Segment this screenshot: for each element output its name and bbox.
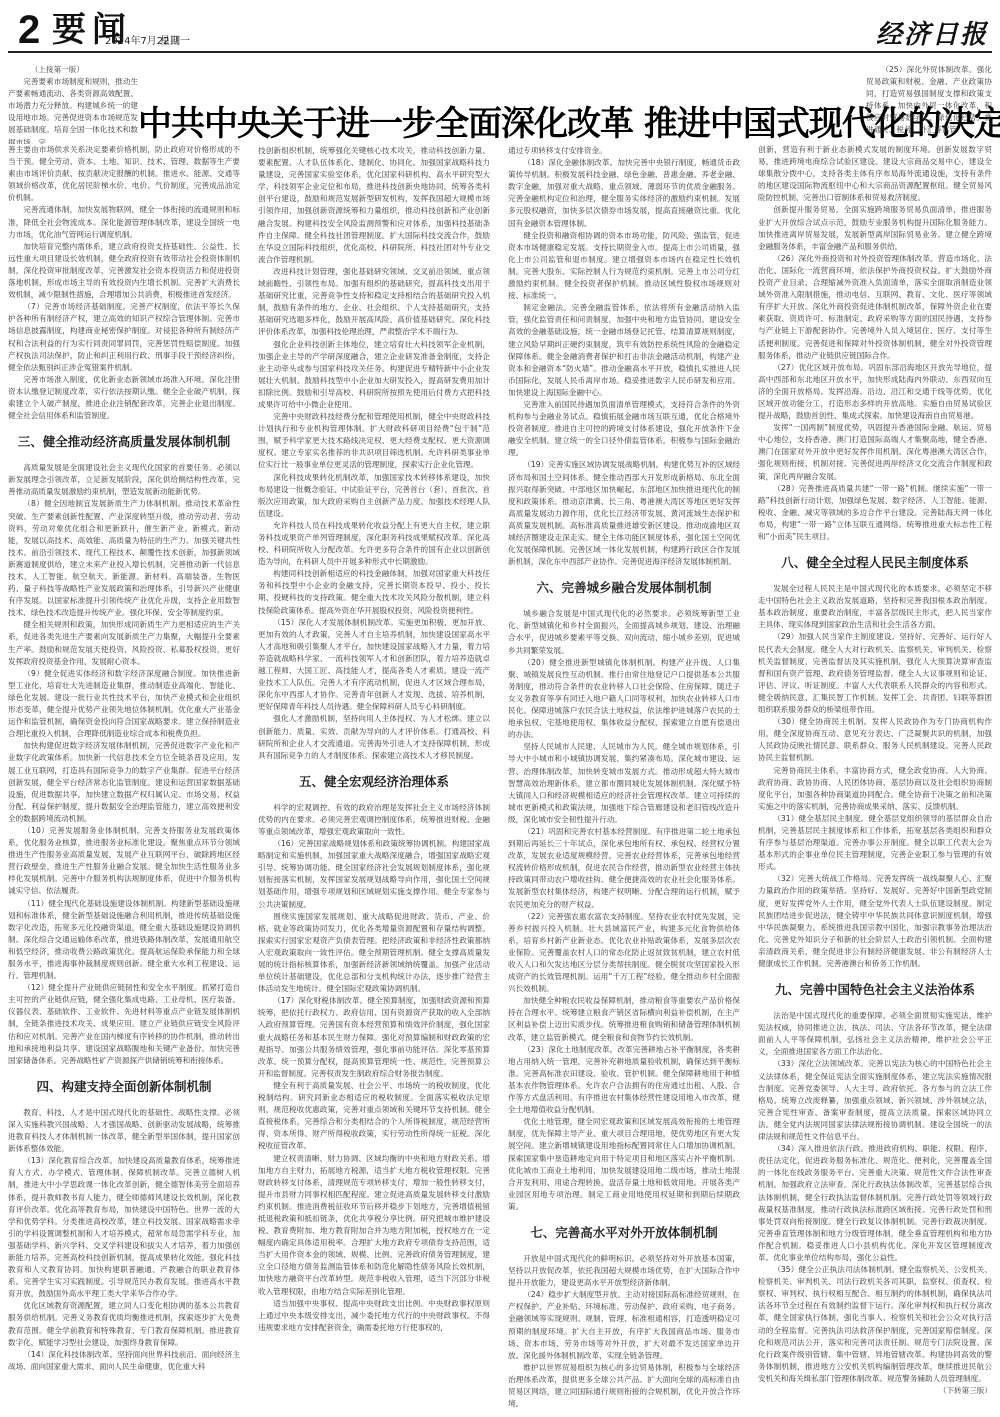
paragraph: 维护以世界贸易组织为核心的多边贸易体制，积极参与全球经济治理体系改革，提供更多全… [508, 1362, 740, 1410]
paragraph: （24）稳步扩大制度型开放。主动对接国际高标准经贸规则，在产权保护、产业补贴、环… [508, 1289, 740, 1362]
paragraph: 优化土地管理，健全同宏观政策和区域发展高效衔接的土地管理制度，优先保障主导产业、… [508, 1116, 740, 1213]
section-heading: 八、健全全过程人民民主制度体系 [758, 555, 992, 571]
paragraph: 科学的宏观调控、有效的政府治理是发挥社会主义市场经济体制优势的内在要求。必须完善… [258, 802, 490, 838]
paragraph: 完善准入前国民待遇加负面清单管理模式，支持符合条件的外资机构参与金融业务试点。稳… [508, 399, 740, 459]
paragraph: 完善要素市场制度和规则，推动生产要素畅通流动、各类资源高效配置、市场潜力充分释放… [8, 76, 138, 144]
article-headline: 中共中央关于进一步全面深化改革 推进中国式现代化的决定 [138, 101, 864, 147]
paragraph: （32）完善大统战工作格局。完善发挥统一战线凝聚人心、汇聚力量政治作用的政策举措… [758, 873, 992, 970]
paragraph: 健全投资和融资相协调的资本市场功能，防风险、强监管，促进资本市场健康稳定发展。支… [508, 230, 740, 303]
paragraph: 强化人才激励机制，坚持向用人主体授权、为人才松绑。建立以创新能力、质量、实效、贡… [258, 713, 490, 761]
paragraph: 完善流通体制，加快发展物联网，健全一体衔接的流通规则和标准，降低全社会物流成本。… [8, 204, 240, 240]
paragraph: （21）巩固和完善农村基本经营制度。有序推进第二轮土地承包到期后再延长三十年试点… [508, 826, 740, 911]
paragraph: 完善中央财政科技经费分配和管理使用机制，健全中央财政科技计划执行和专业机构管理体… [258, 411, 490, 471]
section-heading: 六、完善城乡融合发展体制机制 [508, 580, 740, 596]
section-heading: 三、健全推动经济高质量发展体制机制 [8, 434, 240, 450]
paragraph: （22）完善强农惠农富农支持制度。坚持农业农村优先发展，完善乡村振兴投入机制。壮… [508, 911, 740, 996]
paragraph: 善主要由市场供求关系决定要素价格机制，防止政府对价格形成的不当干预。健全劳动、资… [8, 144, 240, 204]
paragraph: （35）健全公正执法司法体制机制。健全监察机关、公安机关、检察机关、审判机关、司… [758, 1264, 992, 1385]
paragraph: （25）深化外贸体制改革。强化贸易政策和财税、金融、产业政策协同，打造贸易强国制… [866, 64, 992, 137]
paragraph: 技创新组织机制，统筹强化关键核心技术攻关，推动科技创新力量、要素配置、人才队伍体… [258, 145, 490, 266]
paragraph: 城乡融合发展是中国式现代化的必然要求。必须统筹新型工业化、新型城镇化和乡村全面振… [508, 608, 740, 656]
paragraph: （11）健全现代化基础设施建设体制机制。构建新型基础设施规划和标准体系，健全新型… [8, 898, 240, 983]
paragraph: 允许科技人员在科技成果转化收益分配上有更大自主权，建立职务科技成果资产单列管理制… [258, 520, 490, 568]
paragraph: 高质量发展是全面建设社会主义现代化国家的首要任务。必须以新发展理念引领改革，立足… [8, 462, 240, 498]
paragraph: （14）深化科技体制改革。坚持面向世界科技前沿、面向经济主战场、面向国家重大需求… [8, 1349, 240, 1373]
paragraph: （8）健全因地制宜发展新质生产力体制机制。推动技术革命性突破、生产要素创新性配置… [8, 498, 240, 619]
section-heading: 五、健全宏观经济治理体系 [258, 774, 490, 790]
paragraph: （16）完善国家战略规划体系和政策统筹协调机制。构建国家战略制定和实施机制，加强… [258, 838, 490, 911]
paragraph: 建立权责清晰、财力协调、区域均衡的中央和地方财政关系。增加地方自主财力，拓展地方… [258, 1153, 490, 1298]
paragraph: 加快构建促进数字经济发展体制机制，完善促进数字产业化和产业数字化政策体系。加快新… [8, 740, 240, 825]
paragraph: 创新提升服务贸易，全面实施跨境服务贸易负面清单，推进服务业扩大开放综合试点示范，… [758, 204, 992, 252]
masthead: 2 要闻 2024年7月22日 星期一 经济日报 [8, 8, 992, 50]
paragraph: 教育、科技、人才是中国式现代化的基础性、战略性支撑。必须深入实施科教兴国战略、人… [8, 1107, 240, 1155]
paragraph: 强化企业科技创新主体地位，建立培育壮大科技领军企业机制，加强企业主导的产学研深度… [258, 339, 490, 412]
paragraph: 完善协商民主体系，丰富协商方式，健全政党协商、人大协商、政府协商、政协协商、人民… [758, 765, 992, 813]
paragraph: 加快健全种粮农民收益保障机制，推动粮食等重要农产品价格保持在合理水平。统筹建立粮… [508, 995, 740, 1043]
paragraph: 通过专项转移支付安排资金。 [508, 145, 740, 157]
paragraph: （34）深入推进依法行政。推进政府机构、职能、权限、程序、责任法定化，促进政务服… [758, 1143, 992, 1264]
section-heading: 四、构建支持全面创新体制机制 [8, 1079, 240, 1095]
column-d-intro: （25）深化外贸体制改革。强化贸易政策和财税、金融、产业政策协同，打造贸易强国制… [866, 64, 992, 144]
paragraph: 完善市场准入制度，优化新业态新领域市场准入环境。深化注册资本认缴登记制度改革，实… [8, 374, 240, 422]
paragraph: （19）完善实施区域协调发展战略机制。构建优势互补的区域经济布局和国土空间体系。… [508, 459, 740, 568]
paragraph: 法治是中国式现代化的重要保障。必须全面贯彻实施宪法，维护宪法权威，协同推进立法、… [758, 1010, 992, 1058]
continued-to-note: （下转第三版） [758, 1385, 992, 1397]
column-a: 善主要由市场供求关系决定要素价格机制，防止政府对价格形成的不当干预。健全劳动、资… [8, 144, 240, 1414]
paragraph: （29）加强人民当家作主制度建设。坚持好、完善好、运行好人民代表大会制度。健全人… [758, 631, 992, 716]
paragraph: 创新，营造有利于新业态新模式发展的制度环境。创新发展数字贸易，推进跨境电商综合试… [758, 144, 992, 204]
paragraph: （9）健全促进实体经济和数字经济深度融合制度。加快推进新型工业化，培育壮大先进制… [8, 668, 240, 741]
paragraph: （13）深化教育综合改革。加快建设高质量教育体系，统筹推进育人方式、办学模式、管… [8, 1155, 240, 1300]
paragraph: （26）深化外商投资和对外投资管理体制改革。营造市场化、法治化、国际化一流营商环… [758, 253, 992, 362]
paragraph: （17）深化财税体制改革。健全预算制度，加强财政资源和预算统筹，把依托行政权力、… [258, 995, 490, 1080]
section-heading: 七、完善高水平对外开放体制机制 [508, 1225, 740, 1241]
paragraph: 适当加强中央事权、提高中央财政支出比例。中央财政事权原则上通过中央本级安排支出，… [258, 1298, 490, 1334]
paragraph: （30）健全协商民主机制。发挥人民政协作为专门协商机构作用，健全深度协商互动、意… [758, 716, 992, 764]
continued-from-note: （上接第一版） [8, 64, 138, 76]
paragraph: 优化区域教育资源配置，建立同人口变化相协调的基本公共教育服务供给机制。完善义务教… [8, 1300, 240, 1348]
publication-weekday: 星期一 [160, 32, 190, 47]
paragraph: 加快培育完整内需体系，建立政府投资支持基础性、公益性、长远性重大项目建设长效机制… [8, 241, 240, 301]
paragraph: （15）深化人才发展体制机制改革。实施更加积极、更加开放、更加有效的人才政策，完… [258, 617, 490, 714]
paragraph: 改进科技计划管理，强化基础研究领域、交叉前沿领域、重点领域前瞻性、引领性布局。加… [258, 266, 490, 339]
paragraph: 坚持人民城市人民建、人民城市为人民。健全城市规划体系，引导大中小城市和小城镇协调… [508, 741, 740, 826]
paragraph: 健全相关规则和政策，加快形成同新质生产力更相适应的生产关系，促进各类先进生产要素… [8, 619, 240, 667]
paragraph: 发展全过程人民民主是中国式现代化的本质要求。必须坚定不移走中国特色社会主义政治发… [758, 583, 992, 631]
paragraph: 深化科技成果转化机制改革，加强国家技术转移体系建设，加快布局建设一批概念验证、中… [258, 472, 490, 520]
section-heading: 九、完善中国特色社会主义法治体系 [758, 982, 992, 998]
paragraph: （10）完善发展服务业体制机制。完善支持服务业发展政策体系，优化服务业核算，推进… [8, 825, 240, 898]
paragraph: （27）优化区域开放布局。巩固东部沿海地区开放先导地位，提高中西部和东北地区开放… [758, 362, 992, 422]
column-b: 技创新组织机制，统筹强化关键核心技术攻关，推动科技创新力量、要素配置、人才队伍体… [258, 145, 490, 1415]
paragraph: （20）健全推进新型城镇化体制机制。构建产业升级、人口集聚、城镇发展良性互动机制… [508, 657, 740, 742]
paragraph: 健全有利于高质量发展、社会公平、市场统一的税收制度，优化税制结构。研究同新业态相… [258, 1080, 490, 1153]
paragraph: （28）完善推进高质量共建“一带一路”机制。继续实施“一带一路”科技创新行动计划… [758, 483, 992, 543]
paragraph: 围绕实施国家发展规划、重大战略促进财政、货币、产业、价格、就业等政策协同发力，优… [258, 911, 490, 996]
paragraph: 制定金融法。完善金融监管体系，依法将所有金融活动纳入监管，强化监管责任和问责制度… [508, 302, 740, 399]
column-a-intro: （上接第一版） 完善要素市场制度和规则，推动生产要素畅通流动、各类资源高效配置、… [8, 64, 138, 144]
header-rule [8, 51, 992, 53]
paragraph: （12）健全提升产业链供应链韧性和安全水平制度。抓紧打造自主可控的产业链供应链，… [8, 982, 240, 1067]
column-d: 创新，营造有利于新业态新模式发展的制度环境。创新发展数字贸易，推进跨境电商综合试… [758, 144, 992, 1414]
page-number: 2 [18, 10, 40, 50]
paragraph: （23）深化土地制度改革。改革完善耕地占补平衡制度，各类耕地占用纳入统一管理，完… [508, 1044, 740, 1117]
paragraph: 发挥“一国两制”制度优势，巩固提升香港国际金融、航运、贸易中心地位，支持香港、澳… [758, 422, 992, 482]
newspaper-logo: 经济日报 [876, 14, 988, 51]
paragraph: （33）深化立法领域改革。完善以宪法为核心的中国特色社会主义法律体系，健全保证宪… [758, 1058, 992, 1143]
paragraph: （31）健全基层民主制度。健全基层党组织领导的基层群众自治机制，完善基层民主制度… [758, 813, 992, 873]
column-c: 通过专项转移支付安排资金。（18）深化金融体制改革。加快完善中央银行制度，畅通货… [508, 145, 740, 1415]
paragraph: 开放是中国式现代化的鲜明标识。必须坚持对外开放基本国策，坚持以开放促改革，依托我… [508, 1253, 740, 1289]
paragraph: 构建同科技创新相适应的科技金融体制，加强对国家重大科技任务和科技型中小企业的金融… [258, 568, 490, 616]
paragraph: （18）深化金融体制改革。加快完善中央银行制度，畅通货币政策传导机制。积极发展科… [508, 157, 740, 230]
paragraph: （7）完善市场经济基础制度。完善产权制度，依法平等长久保护各种所有制经济产权，建… [8, 301, 240, 374]
